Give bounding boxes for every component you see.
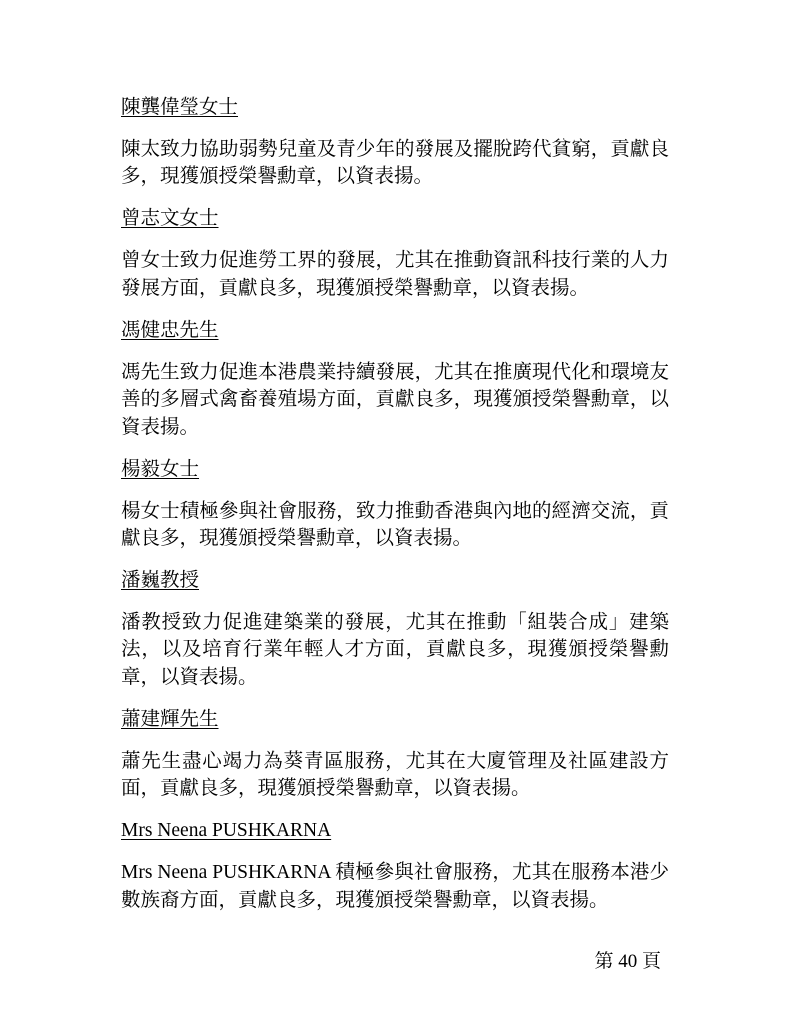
citation-paragraph: Mrs Neena PUSHKARNA 積極參與社會服務，尤其在服務本港少數族裔… [121,859,669,914]
awardee-name: 潘巍教授 [121,567,669,594]
award-entry: 陳龔偉瑩女士 陳太致力協助弱勢兒童及青少年的發展及擺脫跨代貧窮，貢獻良多，現獲頒… [121,94,669,191]
document-body: 陳龔偉瑩女士 陳太致力協助弱勢兒童及青少年的發展及擺脫跨代貧窮，貢獻良多，現獲頒… [121,94,669,929]
award-entry: Mrs Neena PUSHKARNA Mrs Neena PUSHKARNA … [121,817,669,914]
award-entry: 曾志文女士 曾女士致力促進勞工界的發展，尤其在推動資訊科技行業的人力發展方面，貢… [121,205,669,302]
awardee-name: 楊毅女士 [121,456,669,483]
awardee-name: 曾志文女士 [121,205,669,232]
awardee-name: 馮健忠先生 [121,317,669,344]
citation-paragraph: 曾女士致力促進勞工界的發展，尤其在推動資訊科技行業的人力發展方面，貢獻良多，現獲… [121,247,669,302]
citation-paragraph: 潘教授致力促進建築業的發展，尤其在推動「組裝合成」建築法，以及培育行業年輕人才方… [121,609,669,691]
citation-paragraph: 馮先生致力促進本港農業持續發展，尤其在推廣現代化和環境友善的多層式禽畜養殖場方面… [121,359,669,441]
awardee-name: 蕭建輝先生 [121,706,669,733]
citation-paragraph: 蕭先生盡心竭力為葵青區服務，尤其在大廈管理及社區建設方面，貢獻良多，現獲頒授榮譽… [121,748,669,803]
award-entry: 馮健忠先生 馮先生致力促進本港農業持續發展，尤其在推廣現代化和環境友善的多層式禽… [121,317,669,441]
awardee-name: 陳龔偉瑩女士 [121,94,669,121]
citation-paragraph: 陳太致力協助弱勢兒童及青少年的發展及擺脫跨代貧窮，貢獻良多，現獲頒授榮譽勳章，以… [121,136,669,191]
award-entry: 楊毅女士 楊女士積極參與社會服務，致力推動香港與內地的經濟交流，貢獻良多，現獲頒… [121,456,669,553]
citation-paragraph: 楊女士積極參與社會服務，致力推動香港與內地的經濟交流，貢獻良多，現獲頒授榮譽勳章… [121,498,669,553]
awardee-name: Mrs Neena PUSHKARNA [121,817,669,844]
award-entry: 蕭建輝先生 蕭先生盡心竭力為葵青區服務，尤其在大廈管理及社區建設方面，貢獻良多，… [121,706,669,803]
award-entry: 潘巍教授 潘教授致力促進建築業的發展，尤其在推動「組裝合成」建築法，以及培育行業… [121,567,669,691]
document-page: 陳龔偉瑩女士 陳太致力協助弱勢兒童及青少年的發展及擺脫跨代貧窮，貢獻良多，現獲頒… [0,0,791,1024]
page-number: 第 40 頁 [121,951,669,973]
